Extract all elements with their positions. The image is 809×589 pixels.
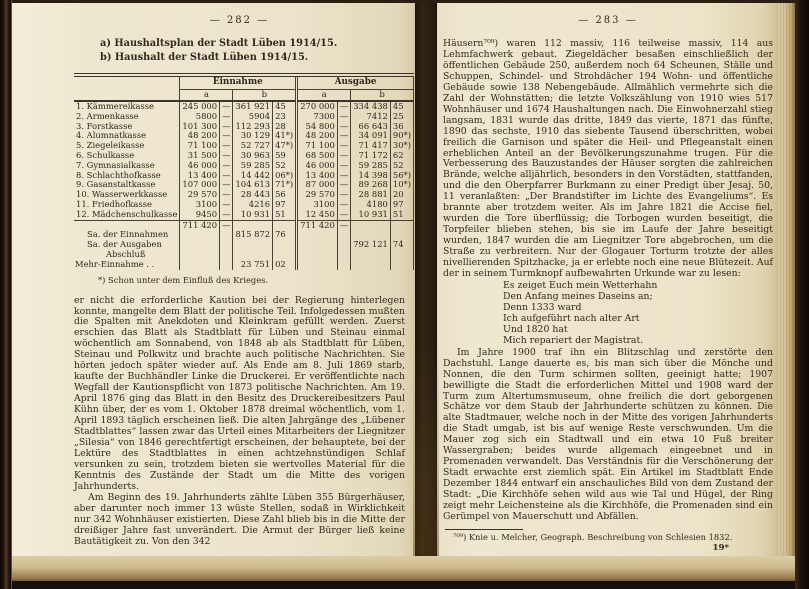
book-cover-bottom [0,581,809,589]
footnote-rule [445,529,523,530]
table-cell [180,250,220,260]
table-cell: 9450 [180,210,220,220]
table-cell: 792 121 [351,240,391,250]
book-gutter-shadow [413,3,439,556]
table-cell [351,220,391,230]
table-cell [273,240,297,250]
body-paragraph-1: er nicht die erforderliche Kaution bei d… [74,296,405,493]
right-page-content: — 283 — Häusern⁷⁰⁹) waren 112 massiv, 11… [443,15,773,553]
column-group-einnahme: Einnahme [180,75,297,89]
table-cell [351,250,391,260]
table-cell: 10 931 [351,210,391,220]
left-page-number: — 282 — [74,15,405,26]
heading-line-b: b) Haushalt der Stadt Lüben 1914/15. [100,51,405,65]
table-cell [351,260,391,270]
table-cell [337,260,350,270]
right-page: — 283 — Häusern⁷⁰⁹) waren 112 massiv, 11… [437,3,777,556]
budget-heading: a) Haushaltsplan der Stadt Lüben 1914/15… [100,37,405,64]
budget-table: Einnahme Ausgabe a b a b 1. Kämmereikass… [74,73,414,270]
table-cell: 815 872 [233,230,273,240]
signature-mark: 19* [443,543,729,553]
table-cell [390,260,413,270]
table-cell: Mehr-Einnahme . . [74,260,180,270]
table-cell: 74 [390,240,413,250]
table-cell [180,240,220,250]
subcol-einnahme-b: b [233,89,297,101]
table-cell [220,230,233,240]
page-stack-edge [777,3,795,556]
column-group-ausgabe: Ausgabe [297,75,414,89]
table-cell: 23 751 [233,260,273,270]
table-cell: 10 931 [233,210,273,220]
subcol-ausgabe-b: b [351,89,414,101]
table-cell [180,230,220,240]
table-cell: — [337,220,350,230]
book-cover-left [0,0,12,589]
right-page-number: — 283 — [443,15,773,26]
table-cell: 711 420 [180,220,220,230]
table-footnote: *) Schon unter dem Einfluß des Krieges. [98,275,405,285]
table-cell [180,260,220,270]
table-cell: 711 420 [297,220,338,230]
budget-table-body: 1. Kämmereikasse245 000—361 92145270 000… [74,101,413,270]
heading-line-a: a) Haushaltsplan der Stadt Lüben 1914/15… [100,37,405,51]
left-page: — 282 — a) Haushaltsplan der Stadt Lüben… [12,3,415,556]
table-cell: 12. Mädchenschulkasse [74,210,180,220]
table-row: 12. Mädchenschulkasse9450—10 9315112 450… [74,210,413,220]
label-column-subheader [74,89,180,101]
tower-poem: Es zeiget Euch mein WetterhahnDen Anfang… [503,281,773,347]
table-cell [390,220,413,230]
table-cell: — [337,210,350,220]
table-cell: 51 [273,210,297,220]
book-cover-top [0,0,809,3]
table-cell [297,250,338,260]
table-row: Mehr-Einnahme . .23 75102 [74,260,413,270]
table-cell [297,230,338,240]
body-paragraph-4: Im Jahre 1900 traf ihn ein Blitzschlag u… [443,348,773,523]
table-cell: — [220,210,233,220]
table-cell [337,230,350,240]
table-cell: 51 [390,210,413,220]
label-column-header [74,75,180,89]
table-cell: — [220,220,233,230]
subcol-einnahme-a: a [180,89,233,101]
table-subheader-row: a b a b [74,89,413,101]
table-cell [337,250,350,260]
table-cell [297,240,338,250]
poem-line: Mich repariert der Magistrat. [503,336,773,347]
body-paragraph-3: Häusern⁷⁰⁹) waren 112 massiv, 116 teilwe… [443,39,773,280]
left-page-content: — 282 — a) Haushaltsplan der Stadt Lüben… [74,15,405,547]
table-cell: 02 [273,260,297,270]
table-cell: 76 [273,230,297,240]
table-cell [390,250,413,260]
table-cell [233,240,273,250]
footnote: ⁷⁰⁹) Knie u. Melcher, Geograph. Beschrei… [453,532,773,543]
book-cover-right [795,0,809,589]
body-paragraph-2: Am Beginn des 19. Jahrhunderts zählte Lü… [74,493,405,548]
table-cell [337,240,350,250]
subcol-ausgabe-a: a [297,89,351,101]
table-cell [297,260,338,270]
table-cell: 12 450 [297,210,338,220]
table-cell [220,260,233,270]
table-group-header-row: Einnahme Ausgabe [74,75,413,89]
table-cell [220,250,233,260]
table-cell [220,240,233,250]
